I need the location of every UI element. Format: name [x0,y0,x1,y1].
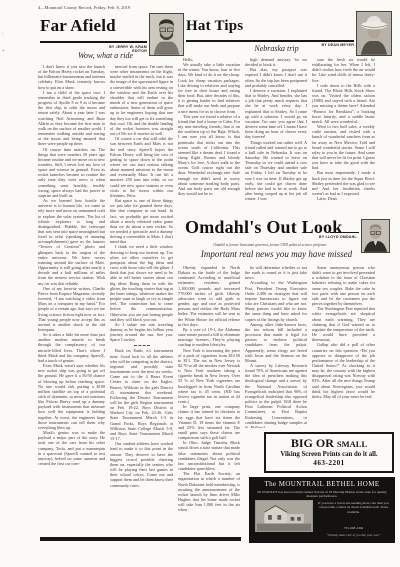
hat-tips-title-rule [186,40,354,42]
paragraph: Even Musk wasn't sure whether his new ro… [38,363,105,430]
print-margin-mark: * [2,50,5,55]
viking-ad-big-text: BIG OR [291,436,334,450]
paragraph: A survey by Lifeway Research found 70% o… [245,363,307,428]
paragraph: I deserve a vacation. I explained that t… [245,88,307,140]
paragraph: By a vote of 19-1, the Alabama state sen… [178,327,240,348]
paragraph: Of course a car that will orbit the sun … [110,136,173,198]
omdahl-headline: Important real news you may have missed [178,249,375,259]
paragraph: But most importantly, I made it back jus… [312,170,375,196]
bethel-building-photo [255,500,313,532]
paragraph: high demand anyway. So we decided to boo… [245,57,307,67]
bethel-ad-phone: 701-628-2494 [317,526,390,530]
paragraph: Things worked out rather well. A friend … [245,140,307,202]
omdahl-byline: BY LLOYD OMDAHL. [270,235,358,239]
omdahl-column-1: Obesity expanded in North Dakota as the … [178,265,240,531]
omdahl-column-3: Some anonymous person who didn't want to… [312,265,375,428]
paragraph: One of my favorite writers, Charlie Pier… [38,286,105,332]
omdahl-column-2: he will determine whether or not the ear… [245,265,307,428]
paragraph: Obesity expanded in North Dakota as the … [178,265,240,327]
far-afield-column-2-top: mercial from space. I'm sure there were … [110,64,173,342]
building-photo-icon [256,501,312,531]
paragraph: But space is one of those things we just… [110,198,173,244]
paragraph: So I salute our star traveling dummy as … [110,322,173,343]
viking-ad-phone: 463-2201 [266,459,392,467]
paragraph: Back on Earth, it's tournament time. Goo… [110,348,173,441]
bottom-divider-bar [40,537,241,541]
paragraph: As we learned how hostile the universe i… [38,198,105,286]
bethel-ad-tagline: “Nobody takes care of you like your own” [315,533,392,537]
far-afield-title: Far Afield [40,16,116,36]
hat-tips-column-2: high demand anyway. So we decided to boo… [245,57,307,218]
paragraph: But alas, my passport was expired. I did… [245,67,307,88]
print-margin-mark: : [2,32,3,37]
bethel-ad-title: The MOUNTRAIL BETHEL HOME [249,477,395,488]
viking-ad-tagline: Viking Screen Prints can do it all. [266,450,392,459]
far-afield-column-2-bottom: Back on Earth, it's tournament time. Goo… [110,348,173,487]
paragraph: Our student athletes have worked hard to… [110,441,173,487]
hat-tips-title: Hat Tips [186,18,243,35]
portrait-man-suit-glasses-icon [362,220,389,252]
lloyd-omdahl-photo [361,219,390,253]
paragraph: I don't know if you saw the launch of th… [38,64,105,90]
article-divider [134,345,150,346]
far-afield-column-1: I don't know if you saw the launch of th… [38,64,105,532]
paragraph: I am a child of the space race. I rememb… [38,90,105,147]
bethel-ad-body: If you have a loved one needing more car… [317,501,390,514]
hat-tips-column-3: sure the fresh air would be exhilarating… [312,57,375,218]
page-folio: 4—Mountrail County Record, Friday, Feb. … [38,5,130,10]
paragraph: According to the Washington Post, Presid… [245,280,307,321]
paragraph: I rode down to the Hills with a friend. … [312,83,375,124]
paragraph: Among other little-known facts, the tax … [245,322,307,363]
omdahl-title-rule [330,232,359,233]
paragraph: This year we found a relative of a frien… [178,114,240,197]
paragraph: We usually take a little vacation in the… [178,62,240,114]
far-afield-title-rule [40,41,147,43]
far-afield-column-2: mercial from space. I'm sure there were … [110,64,173,532]
paragraph: Some anonymous person who didn't want to… [312,265,375,306]
paragraph: The Washington Post reported that white … [312,306,375,342]
far-afield-headline: Wow, what a ride [38,51,173,60]
hat-tips-column-1: Hello,We usually take a little vacation … [178,57,240,218]
paragraph: Later, Dean. [312,196,375,201]
paragraph: In large print, one company claims it ha… [178,404,240,440]
viking-ad-headline: BIG OR SMALL [266,437,392,450]
bethel-ad-subtitle: IN STANLEY has been recently ranked 3rd … [249,488,395,498]
paragraph: New York is increasing the price of a pa… [178,348,240,405]
paragraph: I think we need a little window dressing… [110,244,173,321]
hat-tips-headline: Nebraska trip [178,44,375,53]
paragraph: The Flat Earth Society, an organization … [178,471,240,512]
paragraph: mercial from space. I'm sure there were … [110,64,173,136]
paragraph: So it takes a little bit more than just … [38,332,105,363]
viking-screen-prints-ad: BIG OR SMALL Viking Screen Prints can do… [264,432,394,473]
paragraph: he will determine whether or not the ear… [245,265,307,280]
viking-ad-small-text: SMALL [337,439,367,449]
newspaper-page: 4—Mountrail County Record, Friday, Feb. … [0,0,400,567]
paragraph: Went to two bull sales, a weekly cattle … [312,124,375,170]
omdahl-credit-line: Omdahl is former lieutenant governor, fo… [180,243,360,247]
paragraph: In Ohio, Judge Timothy Black struck down… [178,440,240,471]
mountrail-bethel-home-ad: The MOUNTRAIL BETHEL HOME IN STANLEY has… [249,477,395,543]
paragraph: Gallup also did a poll of other countrie… [312,342,375,399]
paragraph: sure the fresh air would be exhilarating… [312,57,375,83]
paragraph: Musk's genius was to make the payload a … [38,430,105,466]
paragraph: Of course time marches on. The things th… [38,147,105,199]
